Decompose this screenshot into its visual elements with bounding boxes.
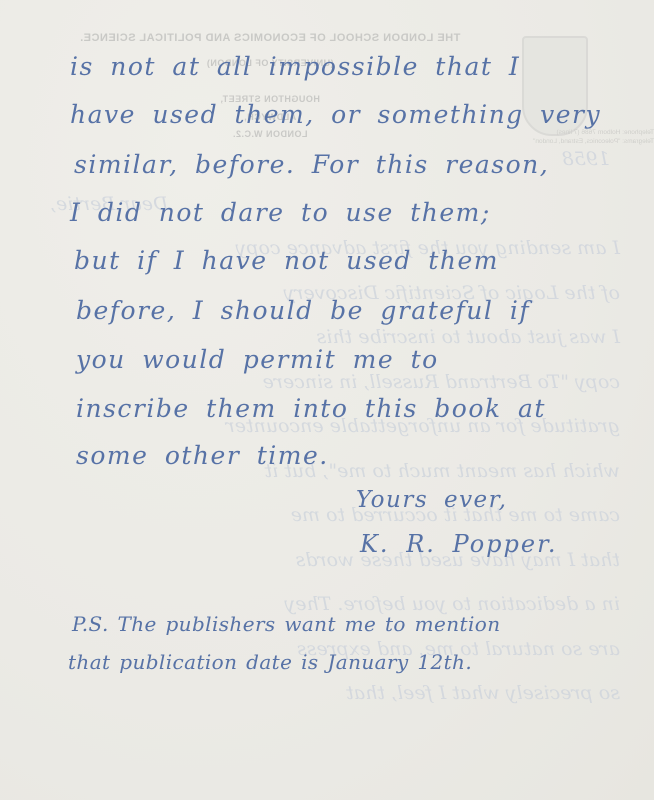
body-line: inscribe them into this book at [76,394,546,423]
body-line: some other time. [76,441,329,470]
body-line: similar, before. For this reason, [74,150,549,179]
postscript-line: that publication date is January 12th. [68,650,472,674]
body-line: have used them, or something very [70,100,601,129]
signature: K. R. Popper. [360,530,558,558]
body-line: I did not dare to use them; [70,198,491,227]
body-line: is not at all impossible that I [70,52,520,81]
valediction: Yours ever, [356,487,507,513]
body-line: but if I have not used them [74,246,499,275]
body-line: you would permit me to [76,345,439,374]
body-line: before, I should be grateful if [76,296,530,325]
postscript-line: P.S. The publishers want me to mention [72,612,500,636]
letter: is not at all impossible that I have use… [0,0,654,800]
